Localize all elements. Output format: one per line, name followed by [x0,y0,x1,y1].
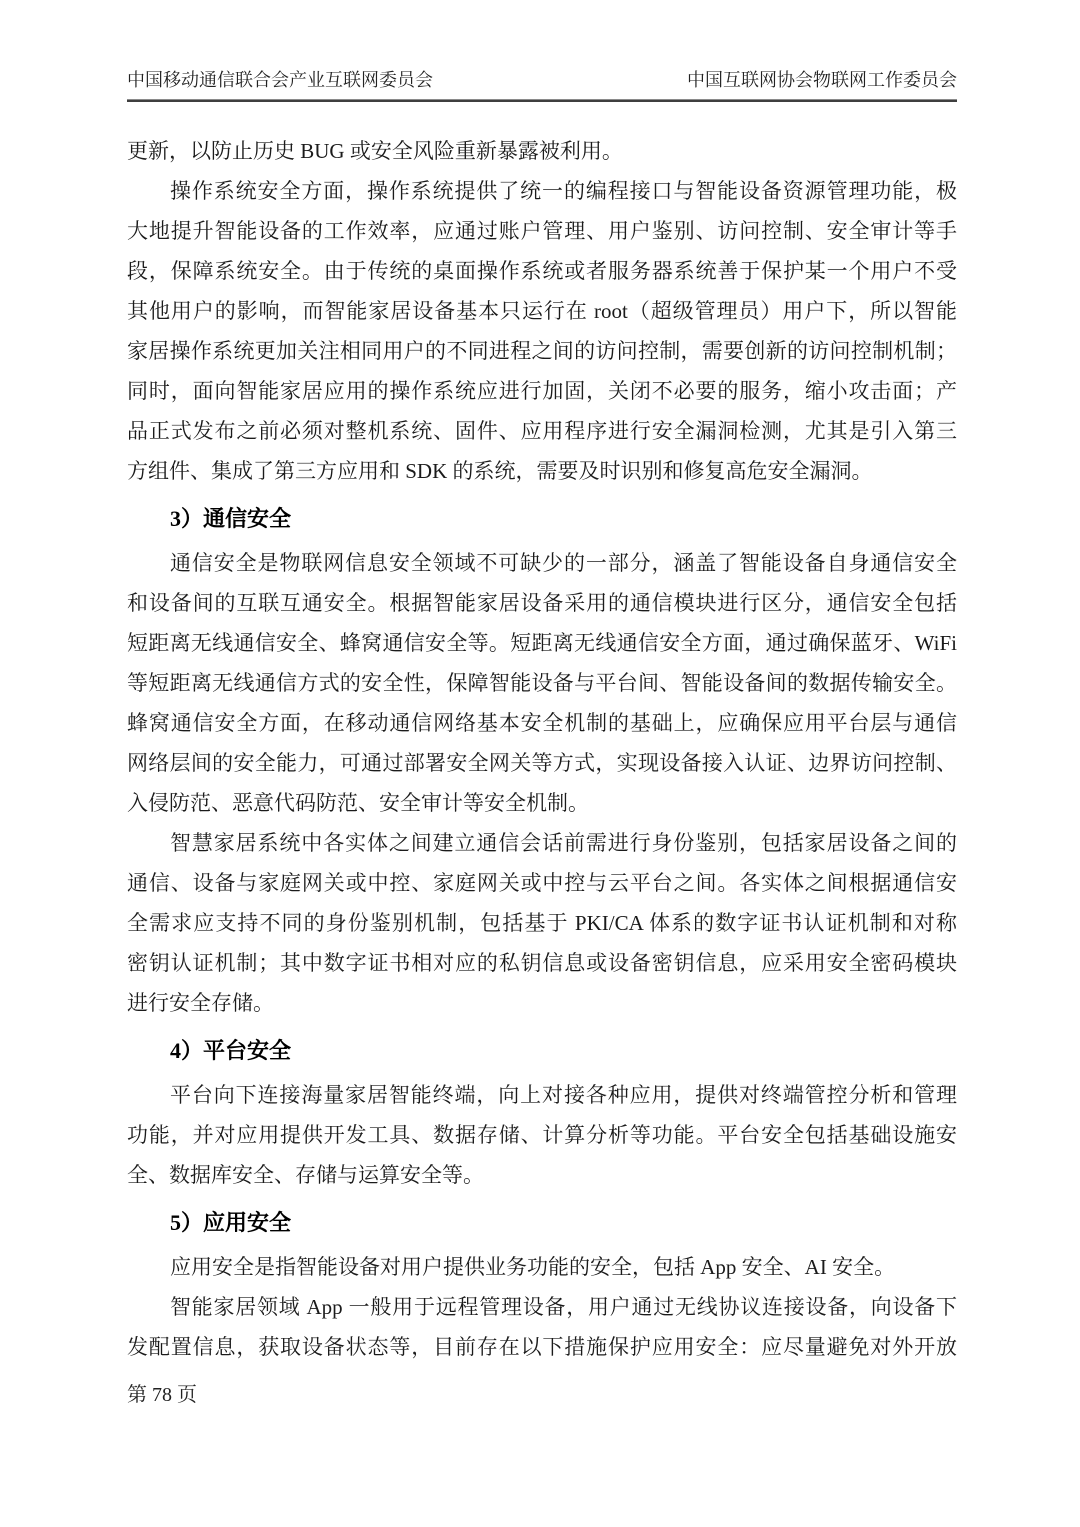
text-line: 蜂窝通信安全方面，在移动通信网络基本安全机制的基础上，应确保应用平台层与通信 [127,703,957,743]
text-line: 更新，以防止历史 BUG 或安全风险重新暴露被利用。 [127,131,957,171]
text-line: 进行安全存储。 [127,983,957,1023]
page-number: 第 78 页 [127,1384,197,1406]
text-line: 其他用户的影响，而智能家居设备基本只运行在 root（超级管理员）用户下，所以智… [127,291,957,331]
text-line: 网络层间的安全能力，可通过部署安全网关等方式，实现设备接入认证、边界访问控制、 [127,743,957,783]
text-line: 入侵防范、恶意代码防范、安全审计等安全机制。 [127,783,957,823]
text-line: 智慧家居系统中各实体之间建立通信会话前需进行身份鉴别，包括家居设备之间的 [127,823,957,863]
heading-communication-security: 3）通信安全 [127,499,957,539]
header-left-org: 中国移动通信联合会产业互联网委员会 [127,68,433,92]
paragraph-identity-authentication: 智慧家居系统中各实体之间建立通信会话前需进行身份鉴别，包括家居设备之间的 通信、… [127,823,957,1023]
text-line: 密钥认证机制；其中数字证书相对应的私钥信息或设备密钥信息，应采用安全密码模块 [127,943,957,983]
text-line: 短距离无线通信安全、蜂窝通信安全等。短距离无线通信安全方面，通过确保蓝牙、WiF… [127,623,957,663]
heading-platform-security: 4）平台安全 [127,1031,957,1071]
text-line: 家居操作系统更加关注相同用户的不同进程之间的访问控制，需要创新的访问控制机制； [127,331,957,371]
page-header: 中国移动通信联合会产业互联网委员会 中国互联网协会物联网工作委员会 [127,68,957,92]
paragraph-platform-security: 平台向下连接海量家居智能终端，向上对接各种应用，提供对终端管控分析和管理 功能，… [127,1075,957,1195]
text-line: 操作系统安全方面，操作系统提供了统一的编程接口与智能设备资源管理功能，极 [127,171,957,211]
text-line: 大地提升智能设备的工作效率，应通过账户管理、用户鉴别、访问控制、安全审计等手 [127,211,957,251]
text-line: 通信、设备与家庭网关或中控、家庭网关或中控与云平台之间。各实体之间根据通信安 [127,863,957,903]
text-line: 全需求应支持不同的身份鉴别机制，包括基于 PKI/CA 体系的数字证书认证机制和… [127,903,957,943]
paragraph-app-management: 智能家居领域 App 一般用于远程管理设备，用户通过无线协议连接设备，向设备下 … [127,1287,957,1367]
document-content: 更新，以防止历史 BUG 或安全风险重新暴露被利用。 操作系统安全方面，操作系统… [127,131,957,1367]
text-line: 全、数据库安全、存储与运算安全等。 [127,1155,957,1195]
paragraph-continuation: 更新，以防止历史 BUG 或安全风险重新暴露被利用。 [127,131,957,171]
text-line: 和设备间的互联互通安全。根据智能家居设备采用的通信模块进行区分，通信安全包括 [127,583,957,623]
document-page: 中国移动通信联合会产业互联网委员会 中国互联网协会物联网工作委员会 更新，以防止… [0,0,1080,1527]
header-right-org: 中国互联网协会物联网工作委员会 [687,68,957,92]
header-rule [127,99,957,102]
text-line: 等短距离无线通信方式的安全性，保障智能设备与平台间、智能设备间的数据传输安全。 [127,663,957,703]
text-line: 功能，并对应用提供开发工具、数据存储、计算分析等功能。平台安全包括基础设施安 [127,1115,957,1155]
paragraph-communication-security: 通信安全是物联网信息安全领域不可缺少的一部分，涵盖了智能设备自身通信安全 和设备… [127,543,957,823]
text-line: 智能家居领域 App 一般用于远程管理设备，用户通过无线协议连接设备，向设备下 [127,1287,957,1327]
text-line: 发配置信息，获取设备状态等，目前存在以下措施保护应用安全：应尽量避免对外开放 [127,1327,957,1367]
text-line: 同时，面向智能家居应用的操作系统应进行加固，关闭不必要的服务，缩小攻击面；产 [127,371,957,411]
page-footer: 第 78 页 [127,1381,197,1409]
text-line: 方组件、集成了第三方应用和 SDK 的系统，需要及时识别和修复高危安全漏洞。 [127,451,957,491]
text-line: 通信安全是物联网信息安全领域不可缺少的一部分，涵盖了智能设备自身通信安全 [127,543,957,583]
text-line: 品正式发布之前必须对整机系统、固件、应用程序进行安全漏洞检测，尤其是引入第三 [127,411,957,451]
text-line: 段，保障系统安全。由于传统的桌面操作系统或者服务器系统善于保护某一个用户不受 [127,251,957,291]
heading-application-security: 5）应用安全 [127,1203,957,1243]
text-line: 应用安全是指智能设备对用户提供业务功能的安全，包括 App 安全、AI 安全。 [127,1247,957,1287]
paragraph-os-security: 操作系统安全方面，操作系统提供了统一的编程接口与智能设备资源管理功能，极 大地提… [127,171,957,491]
text-line: 平台向下连接海量家居智能终端，向上对接各种应用，提供对终端管控分析和管理 [127,1075,957,1115]
paragraph-application-security: 应用安全是指智能设备对用户提供业务功能的安全，包括 App 安全、AI 安全。 [127,1247,957,1287]
